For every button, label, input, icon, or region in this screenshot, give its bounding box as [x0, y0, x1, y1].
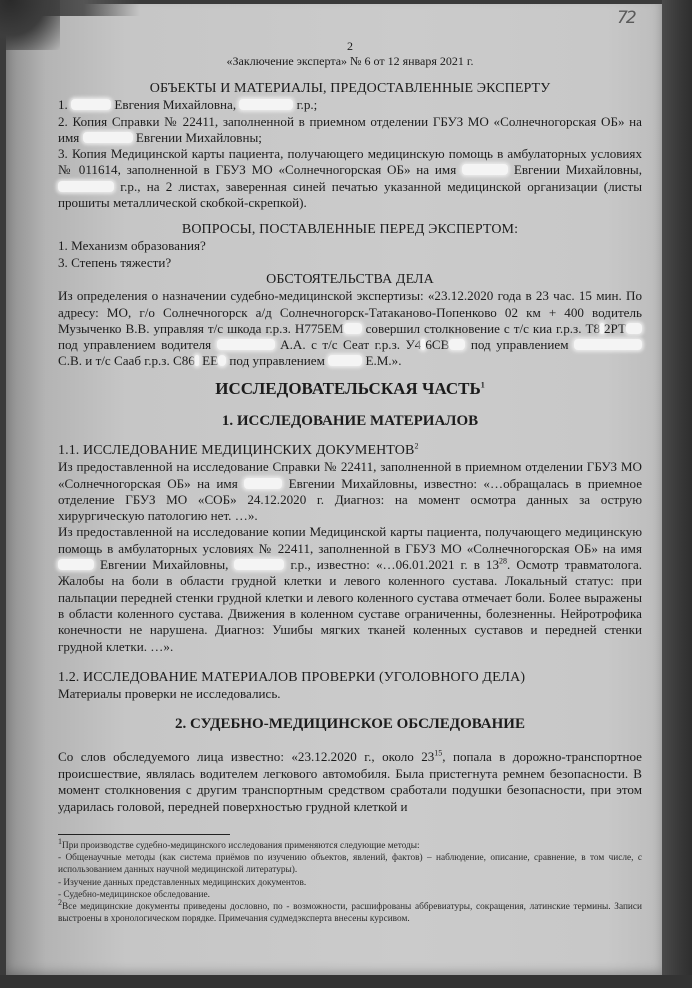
- research-title: ИССЛЕДОВАТЕЛЬСКАЯ ЧАСТЬ1: [58, 381, 642, 397]
- scan-right-border: [662, 0, 692, 988]
- scan-shadow-corner: [0, 0, 60, 50]
- circumstances-section: ОБСТОЯТЕЛЬСТВА ДЕЛА Из определения о наз…: [58, 272, 642, 370]
- footnote-1-item: - Судебно-медицинское обследование.: [58, 889, 642, 901]
- questions-title: ВОПРОСЫ, ПОСТАВЛЕННЫЕ ПЕРЕД ЭКСПЕРТОМ:: [58, 222, 642, 238]
- subsection-1-1: 1.1. ИССЛЕДОВАНИЕ МЕДИЦИНСКИХ ДОКУМЕНТОВ…: [58, 443, 642, 655]
- certificate-excerpt: Из предоставленной на исследование Справ…: [58, 459, 642, 524]
- redacted-birthdate: [58, 181, 114, 192]
- objects-item-3: 3. Копия Медицинской карты пациента, пол…: [58, 146, 642, 211]
- redacted-region: [449, 339, 465, 350]
- subsection-1-2-title: 1.2. ИССЛЕДОВАНИЕ МАТЕРИАЛОВ ПРОВЕРКИ (У…: [58, 670, 642, 686]
- redacted-surname: [83, 132, 133, 143]
- question-1: 1. Механизм образования?: [58, 238, 642, 254]
- examination-text: Со слов обследуемого лица известно: «23.…: [58, 749, 642, 815]
- objects-section: ОБЪЕКТЫ И МАТЕРИАЛЫ, ПРЕДОСТАВЛЕННЫЕ ЭКС…: [58, 81, 642, 211]
- redacted-surname: [574, 339, 642, 350]
- handwritten-page-number: 72: [617, 8, 635, 28]
- subsection-1-1-title: 1.1. ИССЛЕДОВАНИЕ МЕДИЦИНСКИХ ДОКУМЕНТОВ…: [58, 443, 642, 459]
- redacted-region: [344, 323, 362, 334]
- circumstances-title: ОБСТОЯТЕЛЬСТВА ДЕЛА: [58, 272, 642, 288]
- circumstances-text: Из определения о назначении судебно-меди…: [58, 288, 642, 369]
- redacted-digit: [195, 355, 199, 366]
- redacted-birthdate: [239, 99, 293, 110]
- scan-bottom-border: [0, 975, 692, 988]
- redacted-surname: [244, 478, 282, 489]
- redacted-region: [626, 323, 642, 334]
- objects-item-2: 2. Копия Справки № 22411, заполненной в …: [58, 114, 642, 147]
- redacted-surname: [328, 355, 362, 366]
- footnote-1: 1При производстве судебно-медицинского и…: [58, 840, 642, 852]
- footnote-1-item: - Общенаучные методы (как система приёмо…: [58, 852, 642, 876]
- redacted-birthdate: [234, 559, 284, 570]
- subsection-1-2: 1.2. ИССЛЕДОВАНИЕ МАТЕРИАЛОВ ПРОВЕРКИ (У…: [58, 670, 642, 703]
- objects-item-1: 1. Евгения Михайловна, г.р.;: [58, 97, 642, 113]
- redacted-surname: [58, 559, 94, 570]
- question-2: 3. Степень тяжести?: [58, 255, 642, 271]
- objects-title: ОБЪЕКТЫ И МАТЕРИАЛЫ, ПРЕДОСТАВЛЕННЫЕ ЭКС…: [58, 81, 642, 97]
- section-1-title: 1. ИССЛЕДОВАНИЕ МАТЕРИАЛОВ: [58, 413, 642, 429]
- footnote-2: 2Все медицинские документы приведены дос…: [58, 901, 642, 925]
- footnote-ref-1: 1: [481, 380, 485, 389]
- footnote-separator: [58, 834, 230, 835]
- redacted-surname: [71, 99, 111, 110]
- footnote-ref-2: 2: [414, 441, 418, 450]
- subsection-1-2-text: Материалы проверки не исследовались.: [58, 686, 642, 702]
- redacted-region: [218, 355, 226, 366]
- questions-section: ВОПРОСЫ, ПОСТАВЛЕННЫЕ ПЕРЕД ЭКСПЕРТОМ: 1…: [58, 222, 642, 271]
- footnotes: 1При производстве судебно-медицинского и…: [58, 840, 642, 925]
- page-header: «Заключение эксперта» № 6 от 12 января 2…: [58, 53, 642, 69]
- medical-card-excerpt: Из предоставленной на исследование копии…: [58, 524, 642, 654]
- redacted-surname: [217, 339, 275, 350]
- page-number: 2: [58, 38, 642, 54]
- section-2-title: 2. СУДЕБНО-МЕДИЦИНСКОЕ ОБСЛЕДОВАНИЕ: [58, 716, 642, 732]
- footnote-1-item: - Изучение данных представленных медицин…: [58, 877, 642, 889]
- redacted-surname: [462, 164, 508, 175]
